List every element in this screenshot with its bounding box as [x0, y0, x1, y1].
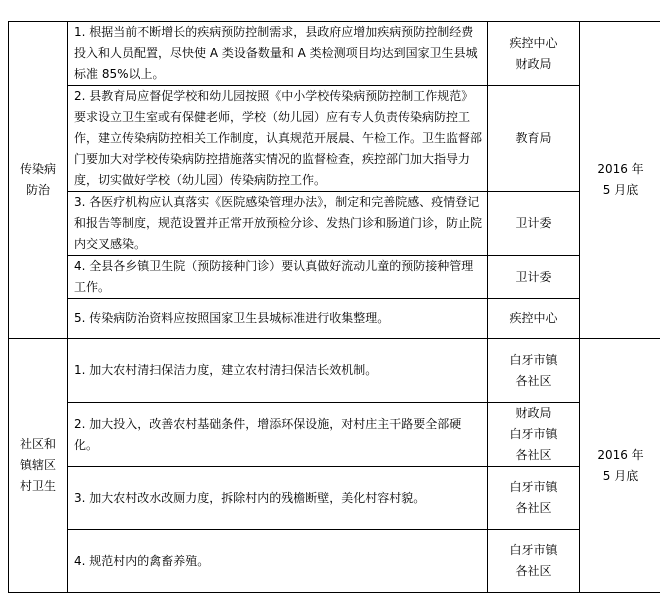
- responsible-dept: 疾控中心: [488, 299, 580, 339]
- responsible-dept: 卫计委: [488, 192, 580, 256]
- work-plan-table: 传染病 防治 1. 根据当前不断增长的疾病预防控制需求，县政府应增加疾病预防控制…: [8, 21, 660, 593]
- table-row: 2. 加大投入，改善农村基础条件，增添环保设施，对村庄主干路要全部硬化。 财政局…: [9, 403, 660, 467]
- table-row: 4. 规范村内的禽畜养殖。 白牙市镇 各社区: [9, 530, 660, 593]
- responsible-dept: 卫计委: [488, 256, 580, 299]
- dept-name: 白牙市镇: [488, 424, 579, 445]
- table-row: 3. 各医疗机构应认真落实《医院感染管理办法》，制定和完善院感、疫情登记和报告等…: [9, 192, 660, 256]
- task-content: 2. 加大投入，改善农村基础条件，增添环保设施，对村庄主干路要全部硬化。: [68, 403, 488, 467]
- dept-name: 白牙市镇: [488, 477, 579, 498]
- deadline-month: 5 月底: [580, 180, 660, 201]
- responsible-dept: 财政局 白牙市镇 各社区: [488, 403, 580, 467]
- dept-name: 疾控中心: [488, 33, 579, 54]
- task-content: 2. 县教育局应督促学校和幼儿园按照《中小学校传染病预防控制工作规范》要求设立卫…: [68, 86, 488, 192]
- task-content: 1. 根据当前不断增长的疾病预防控制需求，县政府应增加疾病预防控制经费投入和人员…: [68, 22, 488, 86]
- task-content: 1. 加大农村清扫保洁力度，建立农村清扫保洁长效机制。: [68, 339, 488, 403]
- dept-name: 卫计委: [488, 267, 579, 288]
- category-cell-infectious-disease: 传染病 防治: [9, 22, 68, 339]
- table-row: 3. 加大农村改水改厕力度，拆除村内的残檐断壁，美化村容村貌。 白牙市镇 各社区: [9, 467, 660, 530]
- category-cell-village-sanitation: 社区和 镇辖区 村卫生: [9, 339, 68, 593]
- task-content: 4. 全县各乡镇卫生院（预防接种门诊）要认真做好流动儿童的预防接种管理工作。: [68, 256, 488, 299]
- responsible-dept: 白牙市镇 各社区: [488, 467, 580, 530]
- dept-name: 白牙市镇: [488, 350, 579, 371]
- task-content: 4. 规范村内的禽畜养殖。: [68, 530, 488, 593]
- deadline-cell: 2016 年 5 月底: [580, 22, 660, 339]
- dept-name: 疾控中心: [488, 308, 579, 329]
- deadline-cell: 2016 年 5 月底: [580, 339, 660, 593]
- dept-name: 教育局: [488, 128, 579, 149]
- category-label: 村卫生: [9, 476, 67, 497]
- deadline-year: 2016 年: [580, 159, 660, 180]
- dept-name: 各社区: [488, 561, 579, 582]
- deadline-month: 5 月底: [580, 466, 660, 487]
- task-content: 5. 传染病防治资料应按照国家卫生县城标准进行收集整理。: [68, 299, 488, 339]
- dept-name: 各社区: [488, 445, 579, 466]
- category-label: 传染病: [9, 159, 67, 180]
- responsible-dept: 疾控中心 财政局: [488, 22, 580, 86]
- dept-name: 财政局: [488, 54, 579, 75]
- deadline-year: 2016 年: [580, 445, 660, 466]
- category-label: 防治: [9, 180, 67, 201]
- dept-name: 财政局: [488, 403, 579, 424]
- table-row: 5. 传染病防治资料应按照国家卫生县城标准进行收集整理。 疾控中心: [9, 299, 660, 339]
- responsible-dept: 教育局: [488, 86, 580, 192]
- dept-name: 各社区: [488, 371, 579, 392]
- category-label: 社区和: [9, 434, 67, 455]
- responsible-dept: 白牙市镇 各社区: [488, 339, 580, 403]
- table-row: 传染病 防治 1. 根据当前不断增长的疾病预防控制需求，县政府应增加疾病预防控制…: [9, 22, 660, 86]
- category-label: 镇辖区: [9, 455, 67, 476]
- dept-name: 各社区: [488, 498, 579, 519]
- table-row: 4. 全县各乡镇卫生院（预防接种门诊）要认真做好流动儿童的预防接种管理工作。 卫…: [9, 256, 660, 299]
- dept-name: 卫计委: [488, 213, 579, 234]
- task-content: 3. 各医疗机构应认真落实《医院感染管理办法》，制定和完善院感、疫情登记和报告等…: [68, 192, 488, 256]
- responsible-dept: 白牙市镇 各社区: [488, 530, 580, 593]
- table-row: 2. 县教育局应督促学校和幼儿园按照《中小学校传染病预防控制工作规范》要求设立卫…: [9, 86, 660, 192]
- table-row: 社区和 镇辖区 村卫生 1. 加大农村清扫保洁力度，建立农村清扫保洁长效机制。 …: [9, 339, 660, 403]
- task-content: 3. 加大农村改水改厕力度，拆除村内的残檐断壁，美化村容村貌。: [68, 467, 488, 530]
- dept-name: 白牙市镇: [488, 540, 579, 561]
